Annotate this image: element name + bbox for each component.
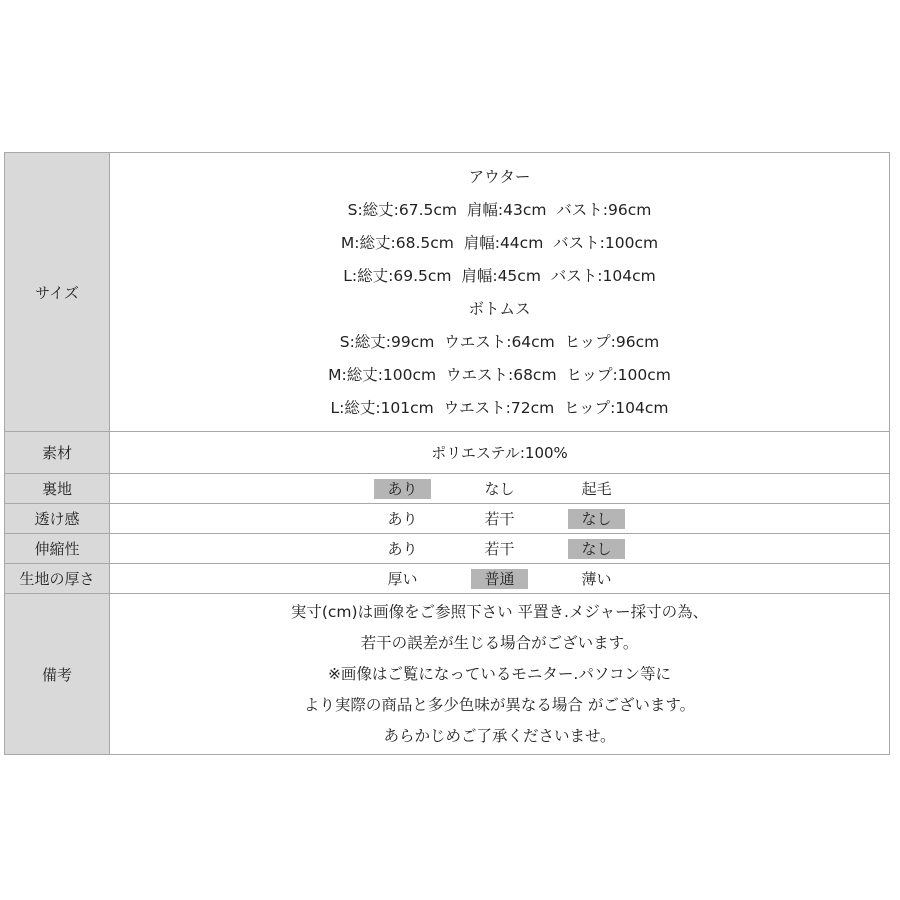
size-label: サイズ [5, 153, 110, 432]
thickness-options: 厚い 普通 薄い [110, 564, 890, 594]
note-line-2: 若干の誤差が生じる場合がございます。 [110, 628, 889, 659]
note-line-4: より実際の商品と多少色味が異なる場合 がございます。 [110, 690, 889, 721]
thickness-option-thick: 厚い [374, 569, 431, 589]
row-lining: 裏地 あり なし 起毛 [5, 474, 890, 504]
lining-option-kimo: 起毛 [568, 479, 625, 499]
row-material: 素材 ポリエステル:100% [5, 432, 890, 474]
stretch-option-ari: あり [374, 539, 431, 559]
note-line-5: あらかじめご了承くださいませ。 [110, 721, 889, 752]
sheerness-options: あり 若干 なし [110, 504, 890, 534]
lining-label: 裏地 [5, 474, 110, 504]
row-notes: 備考 実寸(cm)は画像をご参照下さい 平置き.メジャー採寸の為、 若干の誤差が… [5, 594, 890, 755]
sheerness-option-ari: あり [374, 509, 431, 529]
notes-values: 実寸(cm)は画像をご参照下さい 平置き.メジャー採寸の為、 若干の誤差が生じる… [110, 594, 890, 755]
thickness-option-thin: 薄い [568, 569, 625, 589]
product-spec-table: サイズ アウター S:総丈:67.5cm 肩幅:43cm バスト:96cm M:… [4, 152, 890, 755]
row-thickness: 生地の厚さ 厚い 普通 薄い [5, 564, 890, 594]
row-size: サイズ アウター S:総丈:67.5cm 肩幅:43cm バスト:96cm M:… [5, 153, 890, 432]
sheerness-option-jakkan: 若干 [471, 509, 528, 529]
notes-label: 備考 [5, 594, 110, 755]
stretch-options: あり 若干 なし [110, 534, 890, 564]
note-line-1: 実寸(cm)は画像をご参照下さい 平置き.メジャー採寸の為、 [110, 597, 889, 628]
sheerness-option-nashi: なし [568, 509, 625, 529]
size-line-outer-l: L:総丈:69.5cm 肩幅:45cm バスト:104cm [110, 260, 889, 293]
row-sheerness: 透け感 あり 若干 なし [5, 504, 890, 534]
size-line-outer-s: S:総丈:67.5cm 肩幅:43cm バスト:96cm [110, 194, 889, 227]
size-line-bottoms-l: L:総丈:101cm ウエスト:72cm ヒップ:104cm [110, 392, 889, 425]
size-line-outer-m: M:総丈:68.5cm 肩幅:44cm バスト:100cm [110, 227, 889, 260]
size-line-bottoms-m: M:総丈:100cm ウエスト:68cm ヒップ:100cm [110, 359, 889, 392]
size-heading-bottoms: ボトムス [110, 293, 889, 326]
size-line-bottoms-s: S:総丈:99cm ウエスト:64cm ヒップ:96cm [110, 326, 889, 359]
stretch-option-nashi: なし [568, 539, 625, 559]
sheerness-label: 透け感 [5, 504, 110, 534]
stretch-option-jakkan: 若干 [471, 539, 528, 559]
stretch-label: 伸縮性 [5, 534, 110, 564]
lining-option-nashi: なし [471, 479, 528, 499]
thickness-label: 生地の厚さ [5, 564, 110, 594]
size-heading-outer: アウター [110, 161, 889, 194]
lining-option-ari: あり [374, 479, 431, 499]
thickness-option-normal: 普通 [471, 569, 528, 589]
lining-options: あり なし 起毛 [110, 474, 890, 504]
material-label: 素材 [5, 432, 110, 474]
note-line-3: ※画像はご覧になっているモニター.パソコン等に [110, 659, 889, 690]
size-values: アウター S:総丈:67.5cm 肩幅:43cm バスト:96cm M:総丈:6… [110, 153, 890, 432]
material-value: ポリエステル:100% [110, 432, 890, 474]
row-stretch: 伸縮性 あり 若干 なし [5, 534, 890, 564]
